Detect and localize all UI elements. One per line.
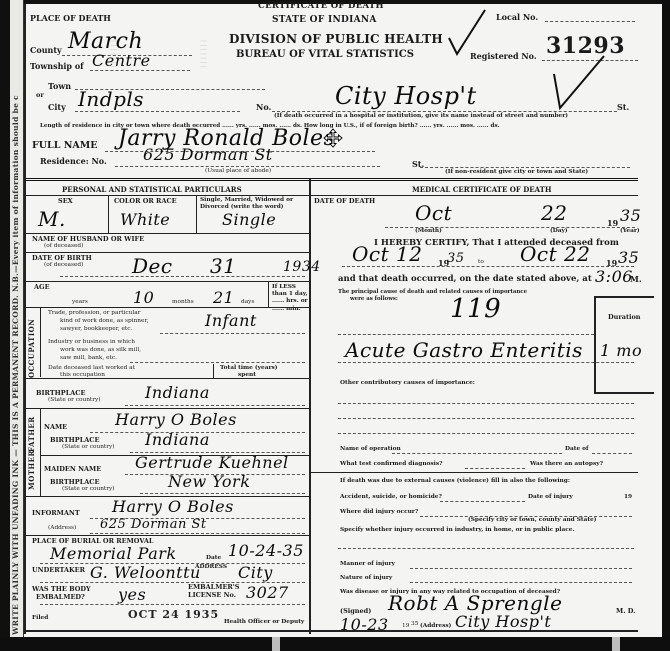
usual-abode-note: (Usual place of abode) [205, 169, 271, 175]
autopsy-label: Was there an autopsy? [530, 462, 603, 468]
row-line [26, 378, 309, 379]
contributory-line [338, 418, 634, 419]
operation-line [392, 453, 562, 454]
dob-sublabel: (of deceased) [44, 263, 83, 269]
bureau-heading: BUREAU OF VITAL STATISTICS [236, 50, 414, 60]
trade-value: Infant [205, 313, 257, 329]
county-label: County [30, 46, 62, 54]
death-certificate-scan: WRITE PLAINLY WITH UNFADING INK — THIS I… [0, 0, 670, 651]
trade-label-3: sawyer, bookkeeper, etc. [60, 327, 132, 333]
nonresident-line [420, 167, 630, 168]
external-causes-label: If death was due to external causes (vio… [340, 479, 570, 485]
checkmark-icon [447, 8, 487, 58]
attended-to: Oct 22 [520, 244, 590, 264]
industry-label-1: Industry or business in which [48, 340, 135, 346]
dob-year: 1934 [283, 260, 321, 274]
signed-by-value: Robt A Sprengle [388, 593, 562, 613]
color-value: White [120, 212, 170, 228]
operation-date-label: Date of [565, 447, 589, 453]
filed-label: Filed [32, 616, 48, 622]
industry-line [130, 362, 305, 363]
dob-day: 31 [210, 256, 236, 276]
father-name-value: Harry O Boles [115, 412, 237, 428]
row-line [26, 195, 309, 196]
mother-maiden-value: Gertrude Kuehnel [135, 455, 289, 471]
marital-status-value: Single [222, 212, 276, 228]
injury-specify-line [338, 548, 634, 549]
month-label: (Month) [415, 229, 442, 235]
mother-birthplace-sublabel: (State or country) [62, 487, 115, 493]
bleed-through: ǀ ǀ ǀ ǀ ǀ ǀ ǀ [200, 40, 208, 130]
city-line [75, 111, 240, 112]
mother-maiden-label: MAIDEN NAME [44, 466, 101, 473]
last-worked-label-1: Date deceased last worked at [48, 366, 135, 372]
nature-label: Nature of injury [340, 576, 392, 582]
attended-line [342, 266, 634, 267]
injury-where-note: (Specify city or town, county and State) [468, 518, 596, 524]
embalmed-label-1: WAS THE BODY [32, 586, 91, 593]
md-label: M. D. [616, 608, 635, 615]
informant-address-label: (Address) [48, 526, 76, 532]
age-label: AGE [34, 284, 50, 291]
father-birthplace-value: Indiana [145, 432, 210, 448]
full-name-label: FULL NAME [32, 141, 98, 151]
row-line [26, 252, 309, 253]
cause-value: Acute Gastro Enteritis [345, 340, 583, 360]
row-line [309, 195, 638, 196]
informant-address-value: 625 Dorman St [100, 518, 207, 531]
filed-stamp: OCT 24 1935 [128, 609, 219, 620]
residence-value: 625 Dorman St [143, 147, 273, 163]
trade-line [160, 333, 305, 334]
burial-value: Memorial Park [50, 546, 177, 562]
mother-birthplace-value: New York [168, 474, 250, 490]
trade-label-1: Trade, profession, or particular [48, 311, 140, 317]
injury-specify-label: Specify whether injury occurred in indus… [340, 528, 575, 534]
residence-line [115, 166, 380, 167]
age-years-label: years [72, 300, 88, 306]
age-months-value: 10 [133, 290, 154, 306]
birthplace-value: Indiana [145, 385, 210, 401]
trade-label-2: kind of work done, as spinner, [60, 319, 148, 325]
undertaker-label: UNDERTAKER [32, 567, 85, 574]
contributory-line [338, 433, 634, 434]
cell-divider [213, 364, 214, 378]
burial-date-label: Date [206, 556, 221, 562]
spouse-label: NAME OF HUSBAND OR WIFE [32, 236, 144, 243]
death-year-prefix: 19 [607, 219, 618, 227]
injury-year-prefix: 19 [624, 495, 632, 501]
mother-birthplace-line [140, 493, 305, 494]
death-time-suffix: M. [630, 275, 642, 283]
scan-right-edge [662, 0, 670, 651]
institution-line [272, 111, 617, 112]
margin-instructions-text: WRITE PLAINLY WITH UNFADING INK — THIS I… [11, 95, 23, 635]
age-days-label: days [241, 300, 254, 306]
father-birthplace-label: BIRTHPLACE [50, 437, 99, 444]
township-value: Centre [92, 53, 151, 69]
street-no-label: No. [256, 103, 271, 111]
injury-where-label: Where did injury occur? [340, 510, 418, 516]
personal-particulars-heading: PERSONAL AND STATISTICAL PARTICULARS [62, 186, 242, 193]
undertaker-address-value: City [238, 565, 273, 581]
dob-line [60, 276, 305, 277]
manner-label: Manner of injury [340, 562, 395, 568]
city-value: Indpls [78, 89, 144, 109]
diagnosis-label: What test confirmed diagnosis? [340, 462, 443, 468]
section-divider [26, 178, 638, 181]
certificate-title: CERTIFICATE OF DEATH [258, 2, 384, 11]
accident-label: Accident, suicide, or homicide? [340, 495, 442, 501]
license-label-1: EMBALMER'S [188, 584, 240, 591]
row-line [26, 408, 309, 409]
row-line [26, 535, 309, 536]
birthplace-sublabel: (State or country) [48, 398, 101, 404]
duration-label: Duration [608, 314, 641, 321]
injury-date-label: Date of injury [528, 495, 573, 501]
occupation-side-tag: OCCUPATION [27, 318, 36, 378]
signed-year-prefix: 19 [402, 624, 409, 630]
mother-side-tag: MOTHER [27, 454, 36, 490]
row-line [309, 472, 638, 473]
industry-label-3: saw mill, bank, etc. [60, 356, 117, 362]
marital-status-label: Single, Married, Widowed or Divorced (wr… [200, 197, 310, 211]
address-value: City Hosp't [455, 614, 551, 630]
place-of-death-heading: PLACE OF DEATH [30, 14, 111, 22]
move-cursor-icon [323, 128, 343, 148]
residence-label: Residence: No. [40, 157, 107, 165]
embalmed-label-2: EMBALMED? [36, 594, 85, 601]
death-month: Oct [415, 203, 452, 223]
embalmed-line [40, 604, 305, 605]
burial-date-value: 10-24-35 [228, 543, 304, 559]
diagnosis-line [465, 468, 525, 469]
to-label: to [478, 260, 484, 266]
attended-to-year: 35 [618, 250, 639, 266]
township-line [90, 70, 190, 71]
cell-divider [196, 195, 197, 233]
row-line [26, 233, 309, 234]
year-label: (Year) [620, 229, 640, 235]
health-officer-label: Health Officer or Deputy [224, 620, 304, 626]
age-months-label: months [172, 300, 194, 306]
undertaker-value: G. Weloonttu [90, 565, 201, 581]
cause-duration: 1 mo [600, 343, 642, 359]
less-than-day-label: If LESS than 1 day, ...... hrs. or .....… [272, 284, 310, 313]
operation-date-line [592, 453, 632, 454]
scan-bottom-edge [0, 637, 670, 651]
operation-label: Name of operation [340, 447, 401, 453]
scan-gap [272, 637, 280, 651]
age-days-value: 21 [213, 290, 234, 306]
town-label: Town [48, 82, 71, 90]
day-label: (Day) [550, 229, 568, 235]
nature-line [410, 582, 632, 583]
medical-certificate-heading: MEDICAL CERTIFICATE OF DEATH [412, 186, 552, 193]
or-label: or [36, 92, 44, 99]
signed-date-value: 10-23 [340, 617, 389, 633]
sex-label: SEX [58, 198, 73, 205]
license-value: 3027 [246, 585, 289, 601]
spouse-sublabel: (of deceased) [44, 244, 83, 250]
nonresident-note: (If non-resident give city or town and S… [445, 170, 588, 176]
cell-divider [108, 195, 109, 233]
row-line [26, 307, 309, 308]
city-label: City [48, 103, 66, 111]
informant-address-line [90, 533, 305, 534]
attended-from: Oct 12 [352, 244, 422, 264]
death-time-text: and that death occurred, on the date sta… [338, 275, 592, 284]
state-heading: STATE OF INDIANA [272, 16, 377, 25]
embalmed-value: yes [118, 587, 146, 603]
attended-from-year: 35 [447, 252, 465, 265]
address-label: (Address) [420, 624, 451, 630]
total-time-label-1: Total time (years) [220, 366, 278, 372]
scan-left-edge [0, 0, 10, 651]
county-value: March [68, 31, 143, 53]
color-label: COLOR OR RACE [114, 198, 177, 205]
township-label: Township of [30, 62, 84, 70]
cause-line [338, 362, 634, 363]
contributory-label: Other contributory causes of importance: [340, 381, 475, 387]
scan-gap [612, 637, 620, 651]
cell-divider [40, 408, 41, 496]
death-year: 35 [620, 208, 641, 224]
contributory-line [338, 403, 634, 404]
undertaker-address-label: ADDRESS [195, 565, 227, 571]
informant-label: INFORMANT [32, 510, 80, 517]
cell-divider [268, 281, 269, 307]
column-divider [309, 178, 311, 634]
manner-line [410, 568, 632, 569]
local-no-line [545, 21, 635, 22]
cause-code: 119 [450, 296, 501, 322]
institution-value: City Hosp't [335, 84, 477, 108]
sex-value: M. [38, 209, 66, 229]
mother-birthplace-label: BIRTHPLACE [50, 479, 99, 486]
institution-note: (If death occurred in a hospital or inst… [274, 114, 568, 120]
row-line [26, 281, 309, 282]
st-label: St. [617, 103, 629, 111]
signed-label: (Signed) [340, 608, 371, 615]
death-time: 3:06 [595, 269, 633, 285]
local-no-label: Local No. [496, 13, 538, 21]
checkmark-icon [550, 52, 606, 114]
father-birthplace-sublabel: (State or country) [62, 445, 115, 451]
cell-divider [40, 307, 41, 377]
death-day: 22 [541, 203, 567, 223]
birthplace-label: BIRTHPLACE [36, 390, 85, 397]
father-name-label: NAME [44, 424, 67, 431]
informant-value: Harry O Boles [112, 499, 234, 515]
signed-year-value: 35 [411, 622, 418, 628]
father-side-tag: FATHER [27, 412, 36, 452]
cause-label-2: were as follows: [350, 297, 398, 302]
birthplace-line [125, 405, 305, 406]
industry-label-2: work was done, as silk mill, [60, 348, 141, 354]
dob-label: DATE OF BIRTH [32, 255, 92, 262]
accident-line [440, 501, 525, 502]
license-label-2: LICENSE No. [188, 592, 236, 599]
date-of-death-label: DATE OF DEATH [314, 198, 375, 205]
division-heading: DIVISION OF PUBLIC HEALTH [229, 33, 443, 45]
dob-month: Dec [132, 256, 173, 276]
cause-line [338, 334, 594, 335]
